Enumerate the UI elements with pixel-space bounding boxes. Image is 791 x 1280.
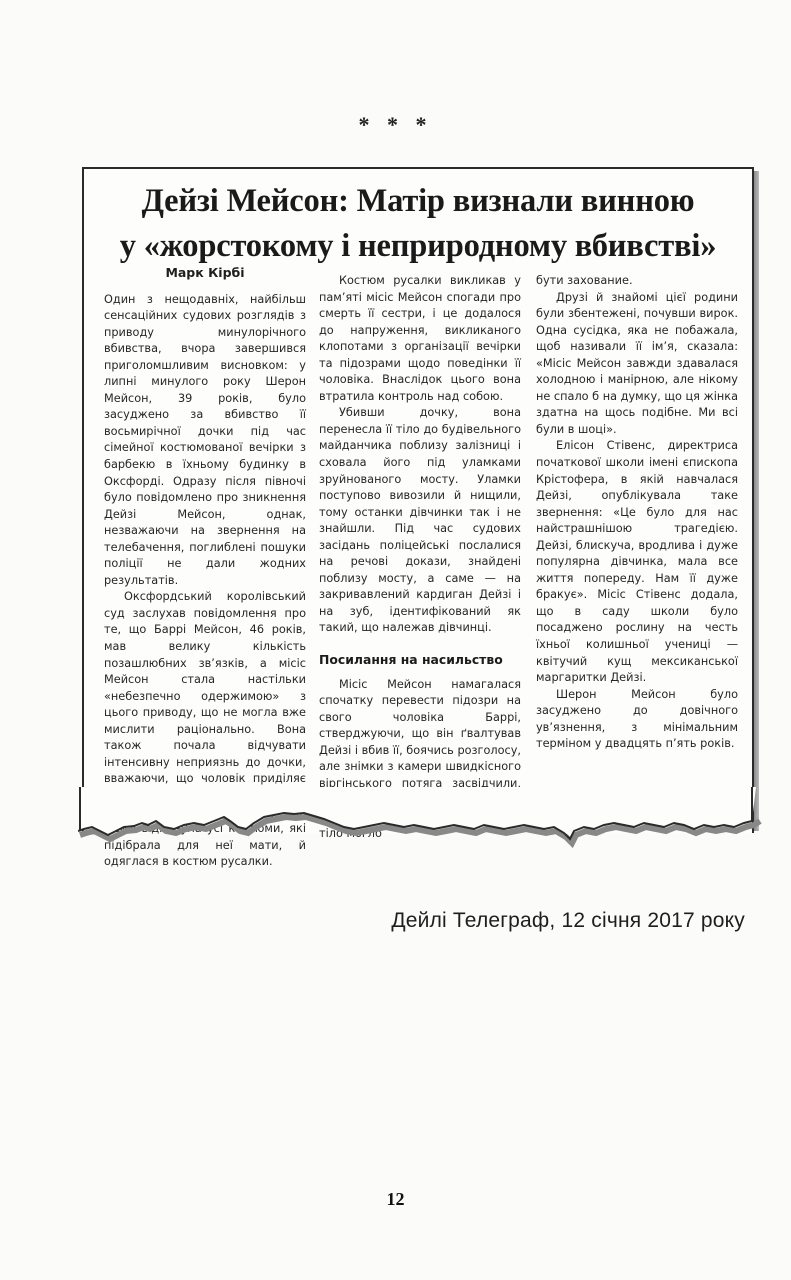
headline-line-1: Дейзі Мейсон: Матір визнали винною [84,179,752,224]
section-break: * * * [0,112,791,138]
paragraph: бути захование. [536,273,738,290]
torn-edge [78,787,762,857]
headline-line-2: у «жорстокому і неприродному вбивстві» [84,224,752,269]
paragraph: Один з нещодавніх, найбільш сенсаційних … [104,292,306,590]
newspaper-clipping: Дейзі Мейсон: Матір визнали винною у «жо… [82,167,752,847]
paragraph: Друзі й знайомі цієї родини були збентеж… [536,290,738,439]
article-headline: Дейзі Мейсон: Матір визнали винною у «жо… [84,179,752,269]
source-caption: Дейлі Телеграф, 12 січня 2017 року [391,909,745,933]
paragraph: Убивши дочку, вона перенесла її тіло до … [319,405,521,637]
clipping-frame: Дейзі Мейсон: Матір визнали винною у «жо… [82,167,754,833]
article-column-1: Марк Кірбі Один з нещодавніх, найбільш с… [104,265,306,871]
page-number: 12 [0,1189,791,1210]
article-column-3: бути захование. Друзі й знайомі цієї род… [536,273,738,753]
article-subheading: Посилання на насильство [319,652,521,669]
paragraph: Шерон Мейсон було засуджено до довічного… [536,687,738,753]
paragraph: Костюм русалки викликав у пам’яті місіс … [319,273,521,405]
article-byline: Марк Кірбі [104,265,306,282]
paragraph: Елісон Стівенс, директриса початкової шк… [536,438,738,686]
article-column-2: Костюм русалки викликав у пам’яті місіс … [319,273,521,842]
